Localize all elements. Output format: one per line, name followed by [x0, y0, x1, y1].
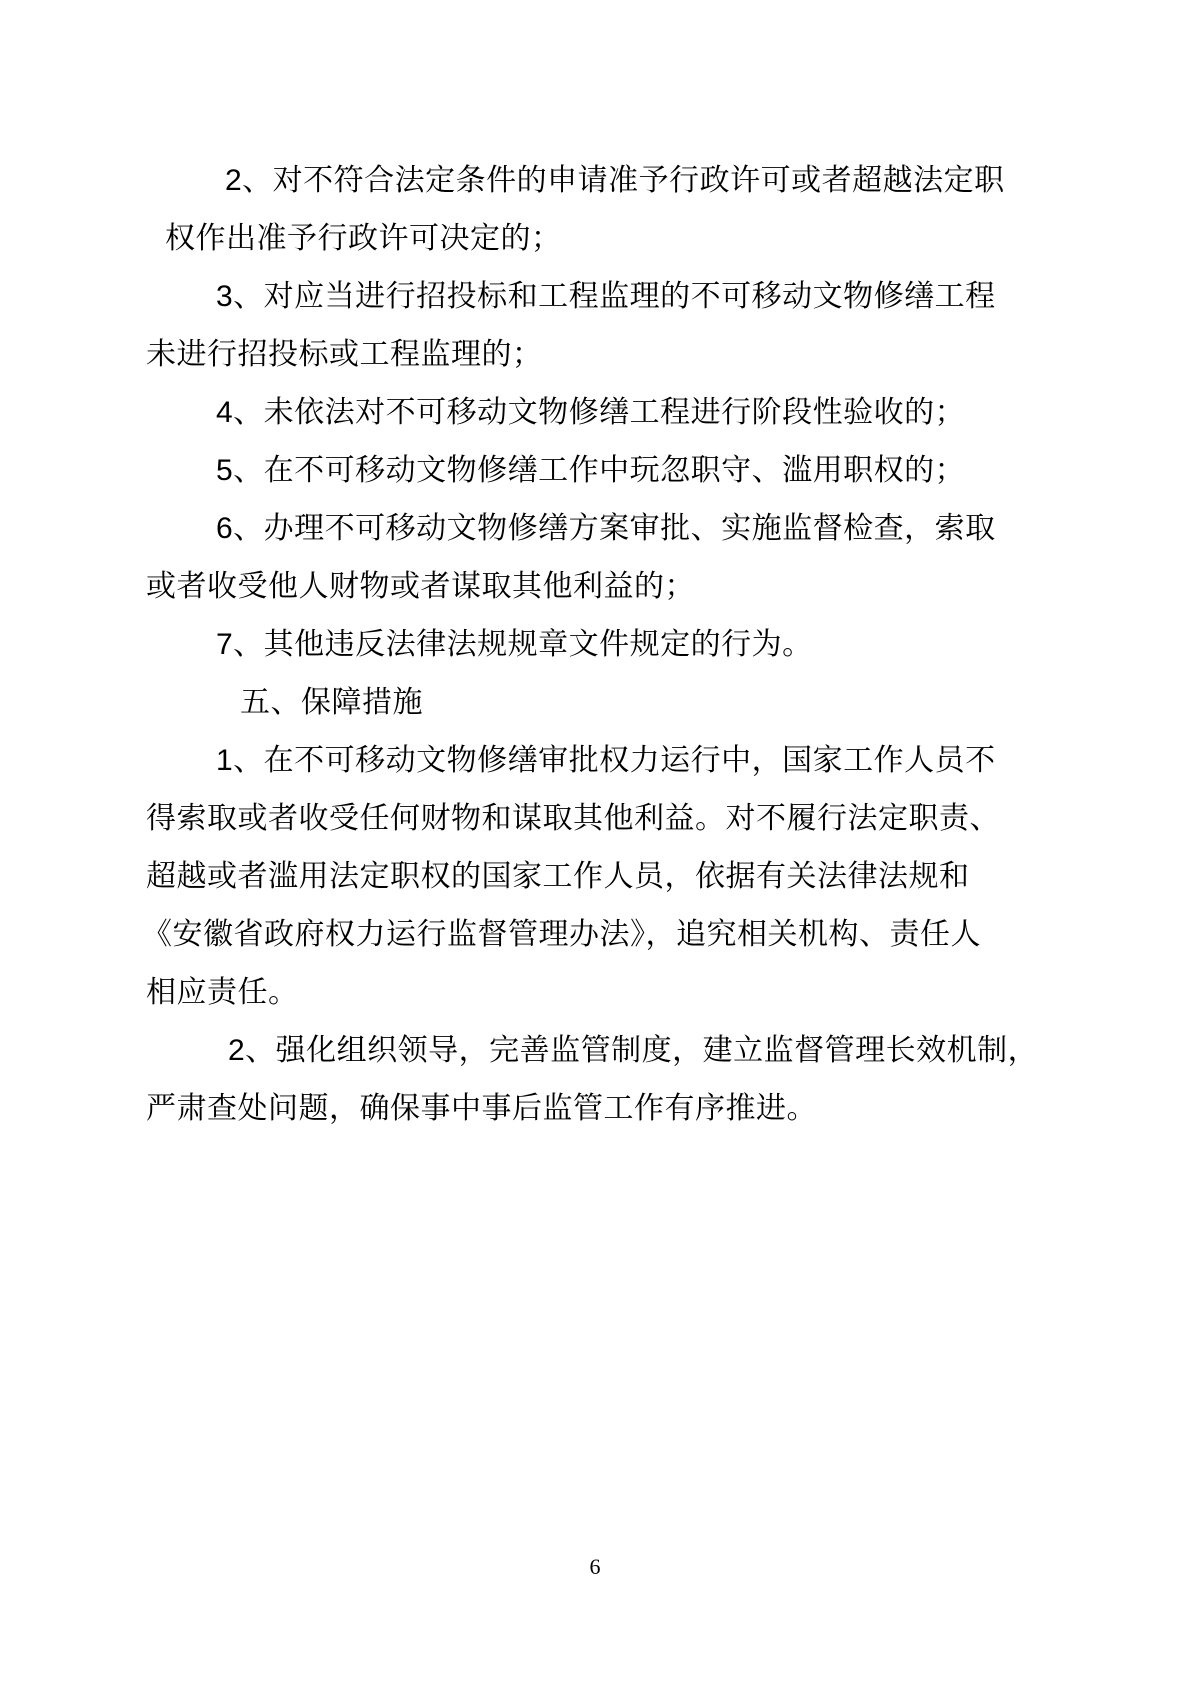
text-line: 2、强化组织领导，完善监管制度，建立监督管理长效机制， [0, 1022, 1190, 1080]
text-line: 5、在不可移动文物修缮工作中玩忽职守、滥用职权的； [0, 442, 1190, 500]
text-line: 4、未依法对不可移动文物修缮工程进行阶段性验收的； [0, 384, 1190, 442]
text-line: 3、对应当进行招投标和工程监理的不可移动文物修缮工程 [0, 268, 1190, 326]
text-line: 得索取或者收受任何财物和谋取其他利益。对不履行法定职责、 [0, 790, 1190, 848]
text-line: 2、对不符合法定条件的申请准予行政许可或者超越法定职 [0, 152, 1190, 210]
text-line: 《安徽省政府权力运行监督管理办法》，追究相关机构、责任人 [0, 906, 1190, 964]
text-line: 6、办理不可移动文物修缮方案审批、实施监督检查，索取 [0, 500, 1190, 558]
section-heading: 五、保障措施 [0, 674, 1190, 732]
text-line: 严肃查处问题，确保事中事后监管工作有序推进。 [0, 1080, 1190, 1138]
text-line: 7、其他违反法律法规规章文件规定的行为。 [0, 616, 1190, 674]
text-line: 相应责任。 [0, 964, 1190, 1022]
text-line: 未进行招投标或工程监理的； [0, 326, 1190, 384]
text-line: 权作出准予行政许可决定的； [0, 210, 1190, 268]
text-line: 1、在不可移动文物修缮审批权力运行中，国家工作人员不 [0, 732, 1190, 790]
document-page: 2、对不符合法定条件的申请准予行政许可或者超越法定职 权作出准予行政许可决定的；… [0, 0, 1190, 1683]
text-line: 超越或者滥用法定职权的国家工作人员，依据有关法律法规和 [0, 848, 1190, 906]
document-body: 2、对不符合法定条件的申请准予行政许可或者超越法定职 权作出准予行政许可决定的；… [0, 152, 1190, 1138]
text-line: 或者收受他人财物或者谋取其他利益的； [0, 558, 1190, 616]
page-number: 6 [0, 1552, 1190, 1582]
